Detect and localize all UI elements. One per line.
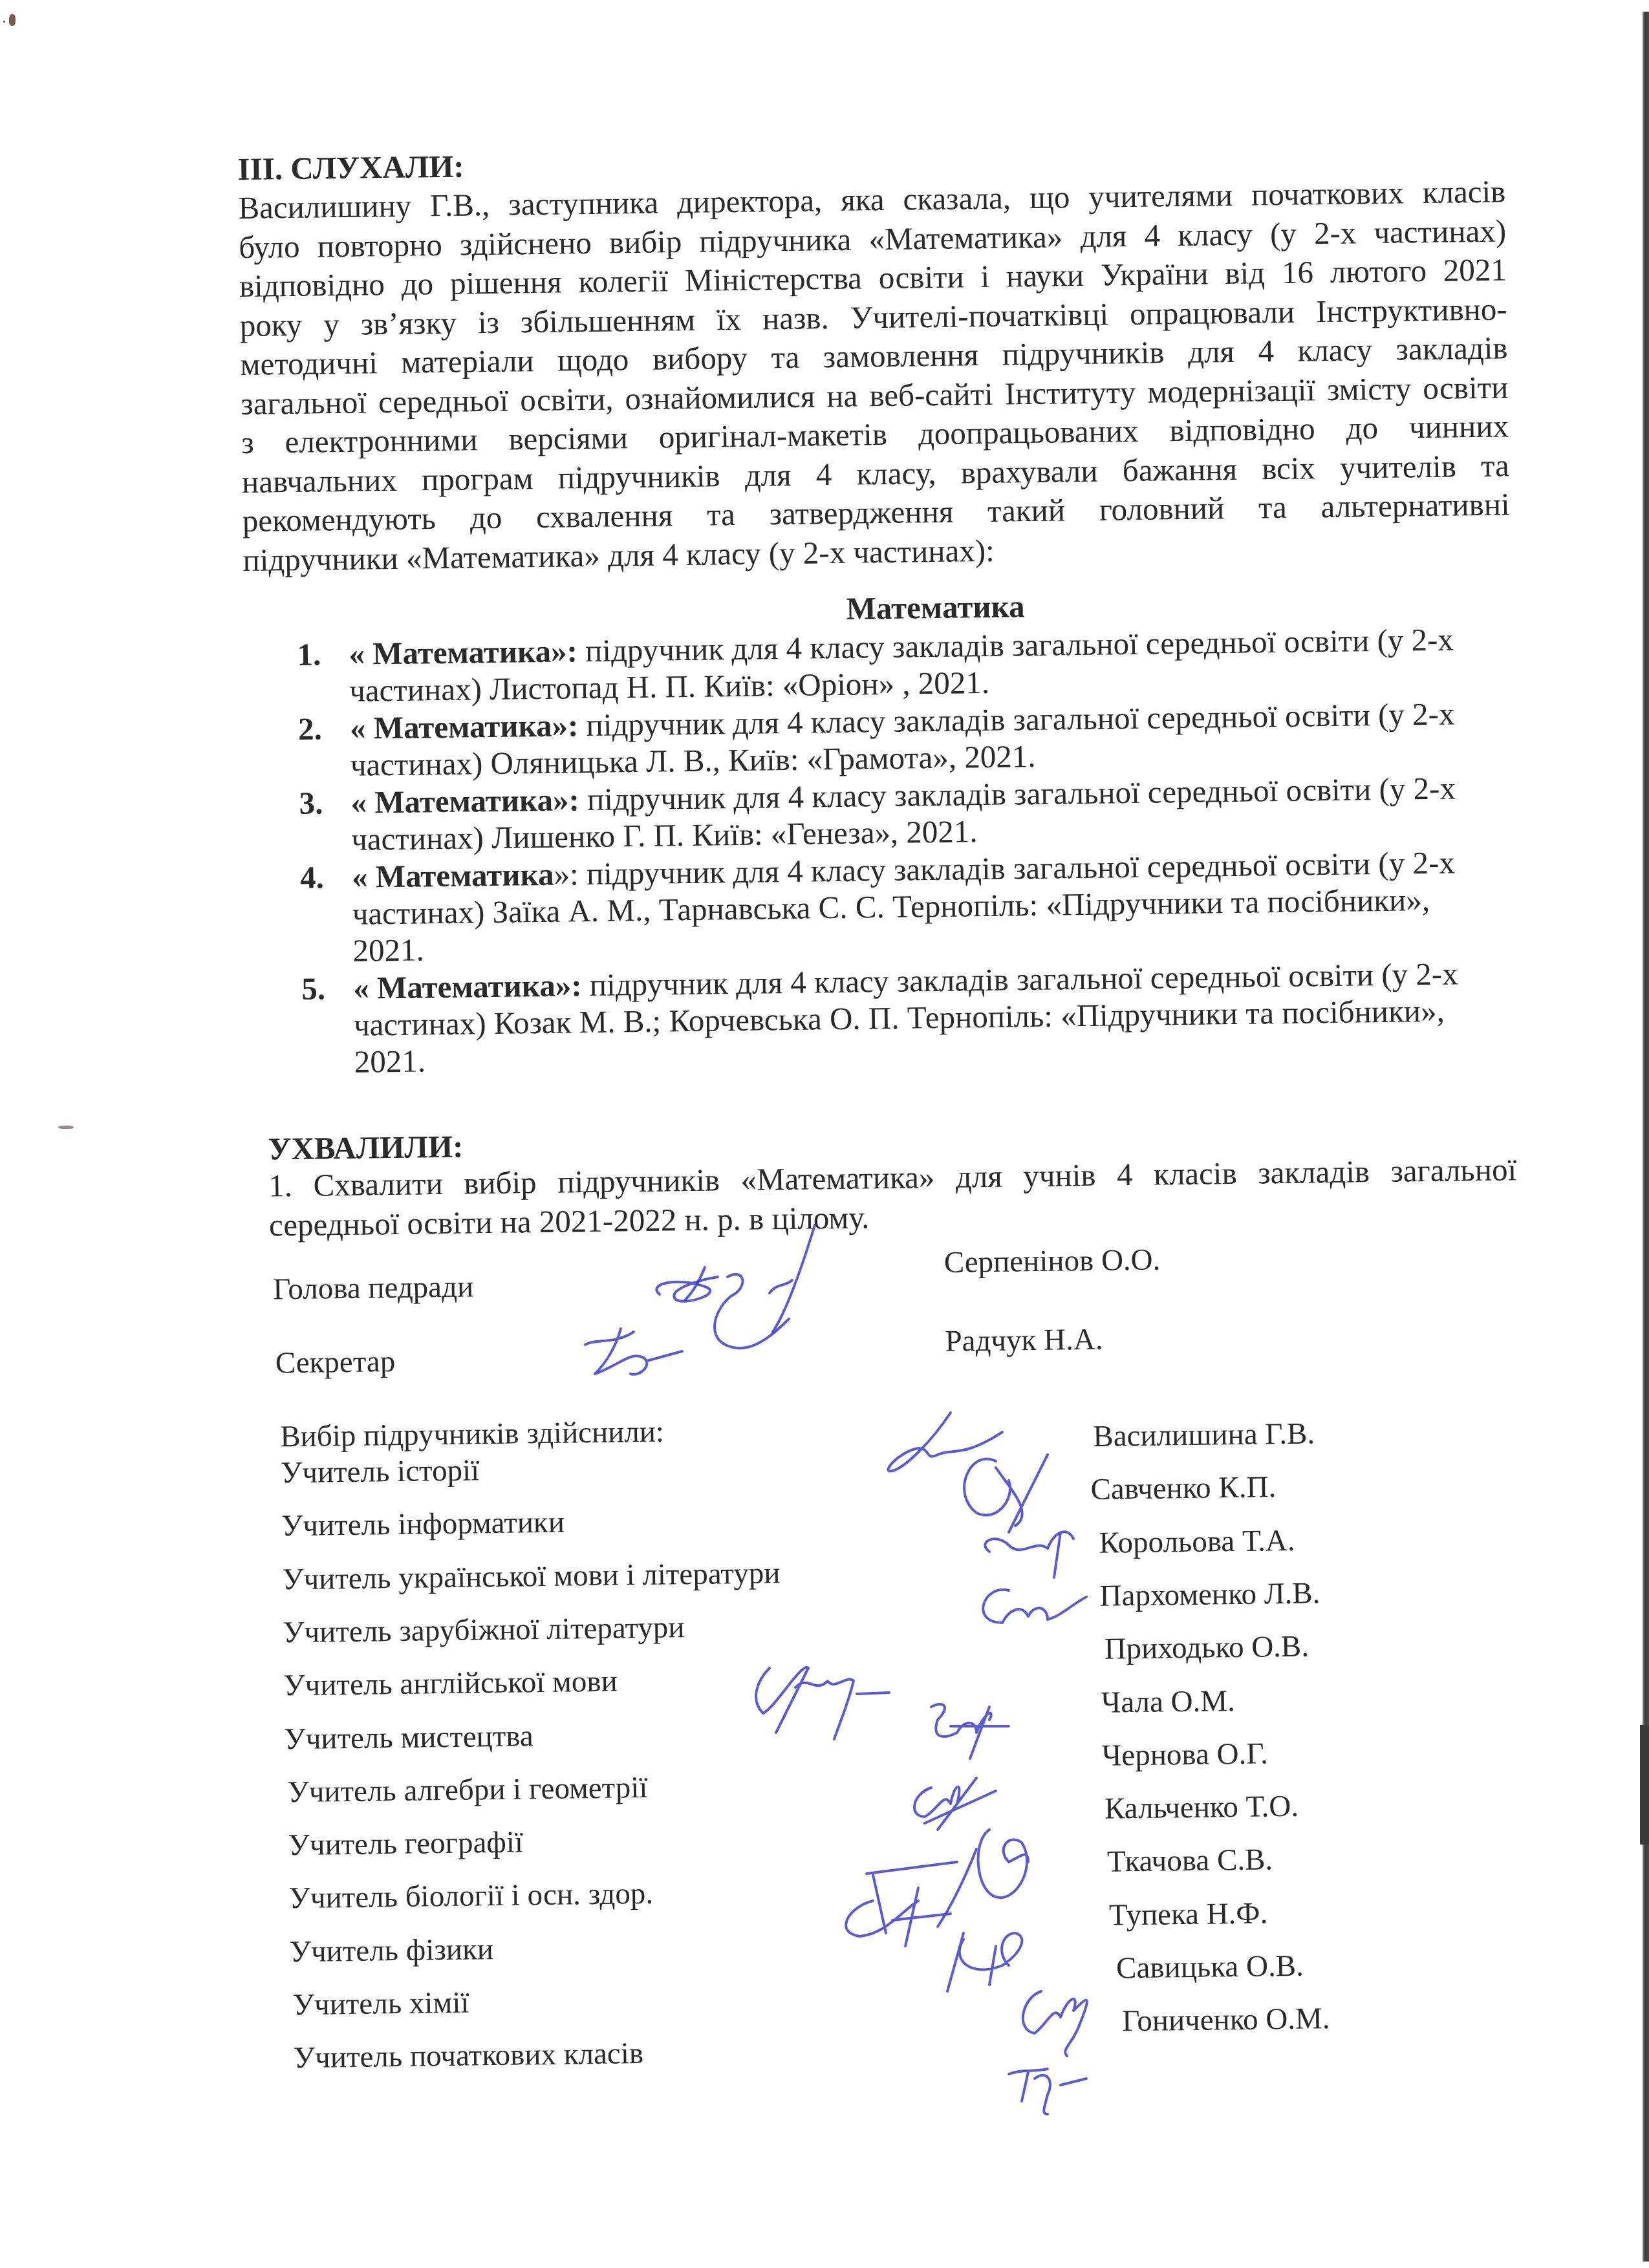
- signature-primary: [0, 0, 1649, 2268]
